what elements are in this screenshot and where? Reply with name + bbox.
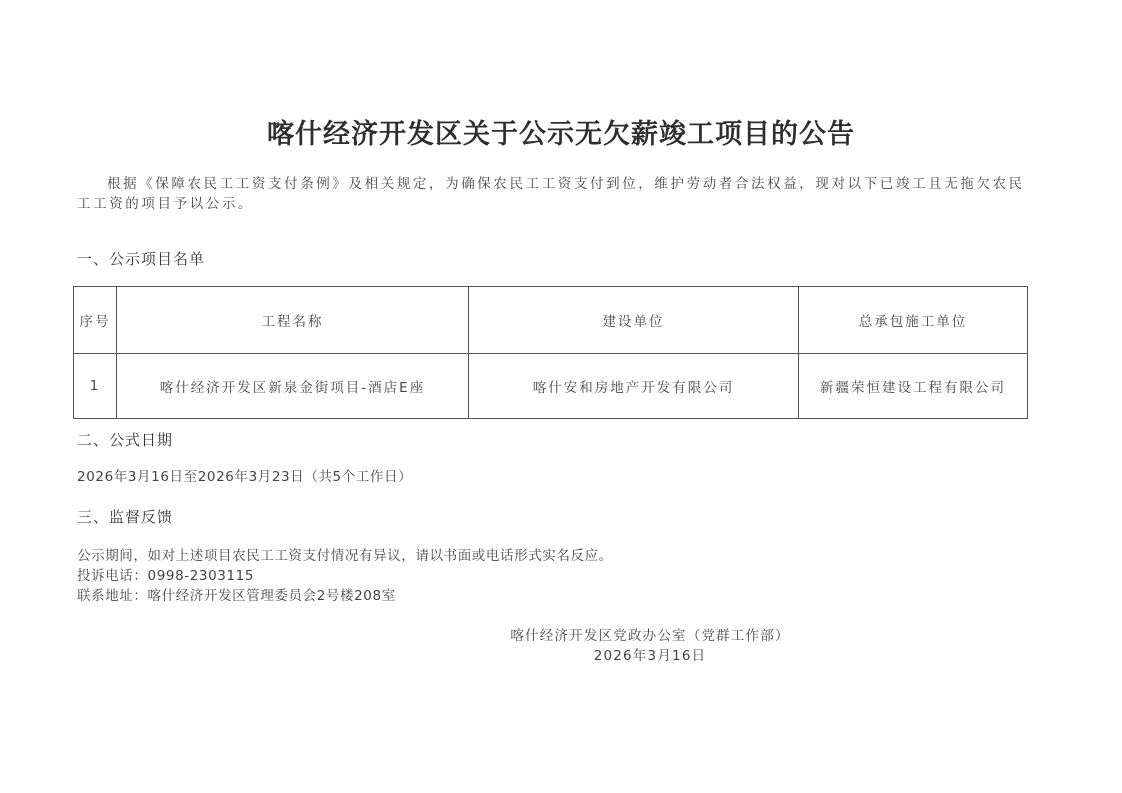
cell-general-contractor: 新疆荣恒建设工程有限公司 [799,354,1028,419]
header-developer: 建设单位 [469,287,799,354]
section-heading-supervision-feedback: 三、监督反馈 [77,506,173,527]
complaint-phone: 投诉电话：0998-2303115 [77,564,254,584]
cell-developer: 喀什安和房地产开发有限公司 [469,354,799,419]
document-title: 喀什经济开发区关于公示无欠薪竣工项目的公告 [0,112,1122,151]
header-general-contractor: 总承包施工单位 [799,287,1028,354]
feedback-instructions: 公示期间，如对上述项目农民工工资支付情况有异议，请以书面或电话形式实名反应。 [77,544,613,564]
header-index: 序号 [74,287,117,354]
cell-project-name: 喀什经济开发区新泉金街项目-酒店E座 [117,354,469,419]
section-heading-project-list: 一、公示项目名单 [77,248,205,269]
issuer-signature: 喀什经济开发区党政办公室（党群工作部） [490,624,810,644]
issue-date: 2026年3月16日 [490,644,810,664]
intro-paragraph: 根据《保障农民工工资支付条例》及相关规定，为确保农民工工资支付到位，维护劳动者合… [77,174,1027,214]
table-header-row: 序号 工程名称 建设单位 总承包施工单位 [74,287,1028,354]
section-heading-publicity-period: 二、公式日期 [77,429,173,450]
cell-index: 1 [74,354,117,419]
table-row: 1 喀什经济开发区新泉金街项目-酒店E座 喀什安和房地产开发有限公司 新疆荣恒建… [74,354,1028,419]
contact-address: 联系地址：喀什经济开发区管理委员会2号楼208室 [77,584,396,604]
header-project-name: 工程名称 [117,287,469,354]
publicity-date-range: 2026年3月16日至2026年3月23日（共5个工作日） [77,465,412,485]
project-table: 序号 工程名称 建设单位 总承包施工单位 1 喀什经济开发区新泉金街项目-酒店E… [73,286,1028,419]
